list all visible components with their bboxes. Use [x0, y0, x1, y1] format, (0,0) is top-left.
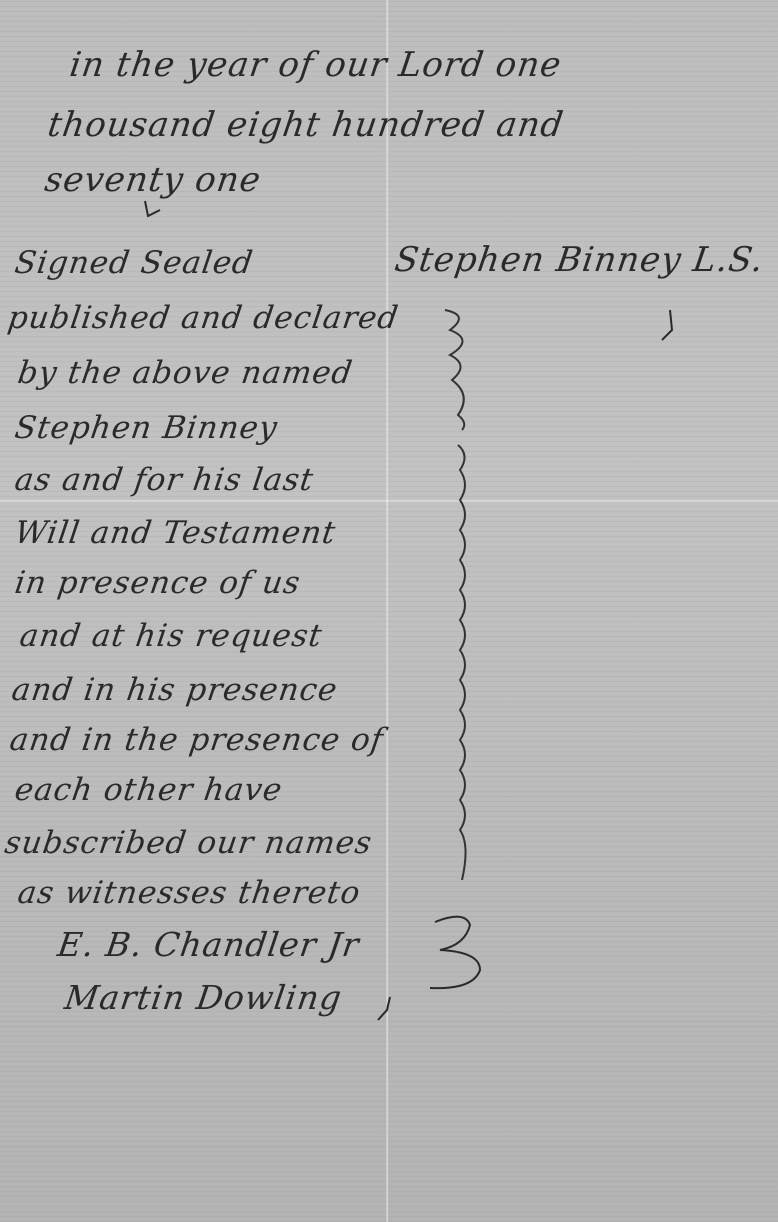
- attestation-line-4: Stephen Binney: [12, 410, 280, 446]
- opening-line-3: seventy one: [42, 160, 264, 200]
- seal-mark-icon: [375, 995, 405, 1025]
- attestation-line-5: as and for his last: [12, 462, 316, 498]
- attestation-line-6: Will and Testament: [12, 515, 338, 551]
- attestation-line-8: and at his request: [17, 618, 324, 654]
- attestation-line-9: and in his presence: [9, 672, 340, 708]
- attestation-line-1: Signed Sealed: [12, 245, 255, 281]
- attestation-line-3: by the above named: [15, 355, 355, 391]
- vertical-fold-crease: [386, 0, 389, 1222]
- horizontal-fold-crease: [0, 500, 778, 502]
- attestation-line-13: as witnesses thereto: [15, 875, 363, 911]
- opening-line-1: in the year of our Lord one: [67, 45, 564, 85]
- wavy-bracket-icon: [440, 305, 480, 885]
- attestation-line-2: published and declared: [5, 300, 401, 336]
- witness-signature-1: E. B. Chandler Jr: [55, 925, 362, 964]
- attestation-line-10: and in the presence of: [7, 722, 385, 758]
- year-flourish-icon: [140, 198, 170, 228]
- testator-signature: Stephen Binney L.S.: [392, 240, 766, 280]
- opening-line-2: thousand eight hundred and: [45, 105, 566, 145]
- witness-signature-2: Martin Dowling: [62, 978, 344, 1017]
- attestation-line-11: each other have: [12, 772, 284, 808]
- signature-flourish-icon: [650, 305, 690, 345]
- attestation-line-7: in presence of us: [12, 565, 302, 601]
- attestation-line-12: subscribed our names: [2, 825, 374, 861]
- witness-brace-icon: [425, 910, 495, 1000]
- document-page: in the year of our Lord one thousand eig…: [0, 0, 778, 1222]
